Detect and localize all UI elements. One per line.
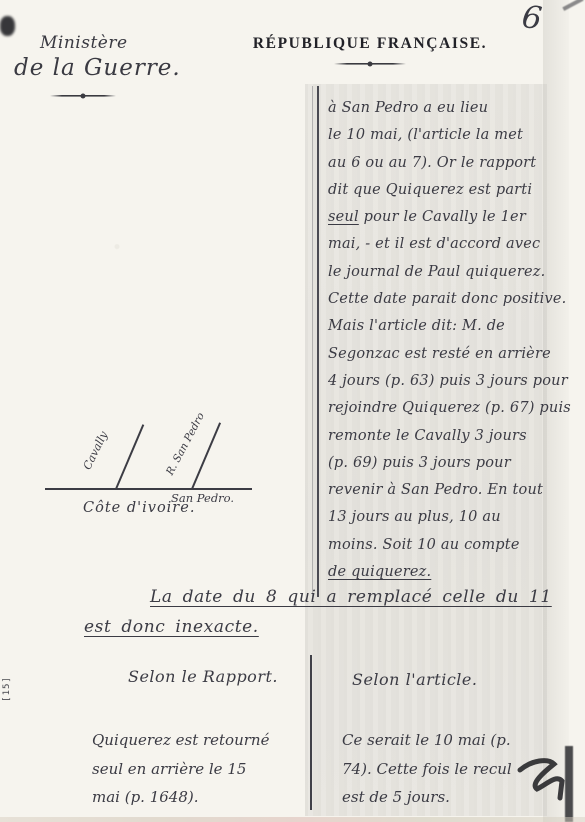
coast-sketch: Cavally R. San Pedro San Pedro. Côte d'i… [45, 420, 270, 528]
note-line: mai, - et il est d'accord avec [328, 231, 548, 258]
column-rule [317, 86, 319, 597]
ministry-line1: Ministère [40, 33, 181, 53]
divider-flourish-icon [334, 61, 406, 66]
scanned-document-page: Ministère de la Guerre. RÉPUBLIQUE FRANÇ… [0, 0, 585, 822]
handwritten-note: à San Pedro a eu lieu le 10 mai, (l'arti… [328, 95, 548, 586]
margin-stamp: [15] [2, 676, 12, 702]
left-col-line: Quiquerez est retourné [92, 726, 269, 755]
republic-header: RÉPUBLIQUE FRANÇAISE. [252, 35, 488, 66]
right-column-header: Selon l'article. [352, 670, 477, 689]
note-line: Segonzac est resté en arrière [328, 341, 548, 368]
right-col-line: Ce serait le 10 mai (p. [342, 726, 512, 755]
republic-title: RÉPUBLIQUE FRANÇAISE. [252, 35, 488, 53]
note-line: dit que Quiquerez est parti [328, 177, 548, 204]
note-line: le journal de Paul quiquerez. [328, 259, 548, 286]
river-line-cavally [115, 424, 144, 489]
note-line: Mais l'article dit: M. de [328, 313, 548, 340]
underlined-word: seul [328, 209, 359, 225]
conclusion-line1: La date du 8 qui a remplacé celle du 11 [150, 587, 552, 607]
note-line: Cette date parait donc positive. [328, 286, 548, 313]
left-col-line: seul en arrière le 15 [92, 755, 269, 784]
note-line: au 6 ou au 7). Or le rapport [328, 150, 548, 177]
ministry-line2: de la Guerre. [14, 55, 181, 81]
note-line: à San Pedro a eu lieu [328, 95, 548, 122]
note-line: rejoindre Quiquerez (p. 67) puis [328, 395, 548, 422]
note-line: remonte le Cavally 3 jours [328, 423, 548, 450]
scan-bottom-edge [0, 817, 585, 822]
note-line: moins. Soit 10 au compte [328, 532, 548, 559]
left-col-line: mai (p. 1648). [92, 783, 269, 812]
right-col-line: 74). Cette fois le recul [342, 755, 512, 784]
underlined-phrase: de quiquerez. [328, 564, 431, 580]
coast-line [45, 488, 252, 490]
left-column-body: Quiquerez est retourné seul en arrière l… [92, 726, 269, 812]
note-line: seul pour le Cavally le 1er [328, 204, 548, 231]
river-label-cavally: Cavally [81, 429, 111, 472]
note-line: le 10 mai, (l'article la met [328, 122, 548, 149]
scan-edge-bar [565, 746, 573, 822]
coast-label: Côte d'ivoire. [83, 500, 195, 516]
conclusion-line2: est donc inexacte. [84, 617, 259, 637]
note-line: 4 jours (p. 63) puis 3 jours pour [328, 368, 548, 395]
right-column-body: Ce serait le 10 mai (p. 74). Cette fois … [342, 726, 512, 812]
note-line: de quiquerez. [328, 559, 548, 586]
ministry-letterhead: Ministère de la Guerre. [14, 33, 181, 98]
left-column-header: Selon le Rapport. [128, 667, 278, 686]
right-col-line: est de 5 jours. [342, 783, 512, 812]
ink-smudge [0, 16, 15, 36]
comparison-divider [310, 655, 312, 810]
note-line: revenir à San Pedro. En tout [328, 477, 548, 504]
note-line: 13 jours au plus, 10 au [328, 504, 548, 531]
note-line-rest: pour le Cavally le 1er [359, 209, 526, 225]
note-line: (p. 69) puis 3 jours pour [328, 450, 548, 477]
divider-flourish-icon [50, 93, 116, 98]
page-number: 6 [520, 0, 544, 37]
